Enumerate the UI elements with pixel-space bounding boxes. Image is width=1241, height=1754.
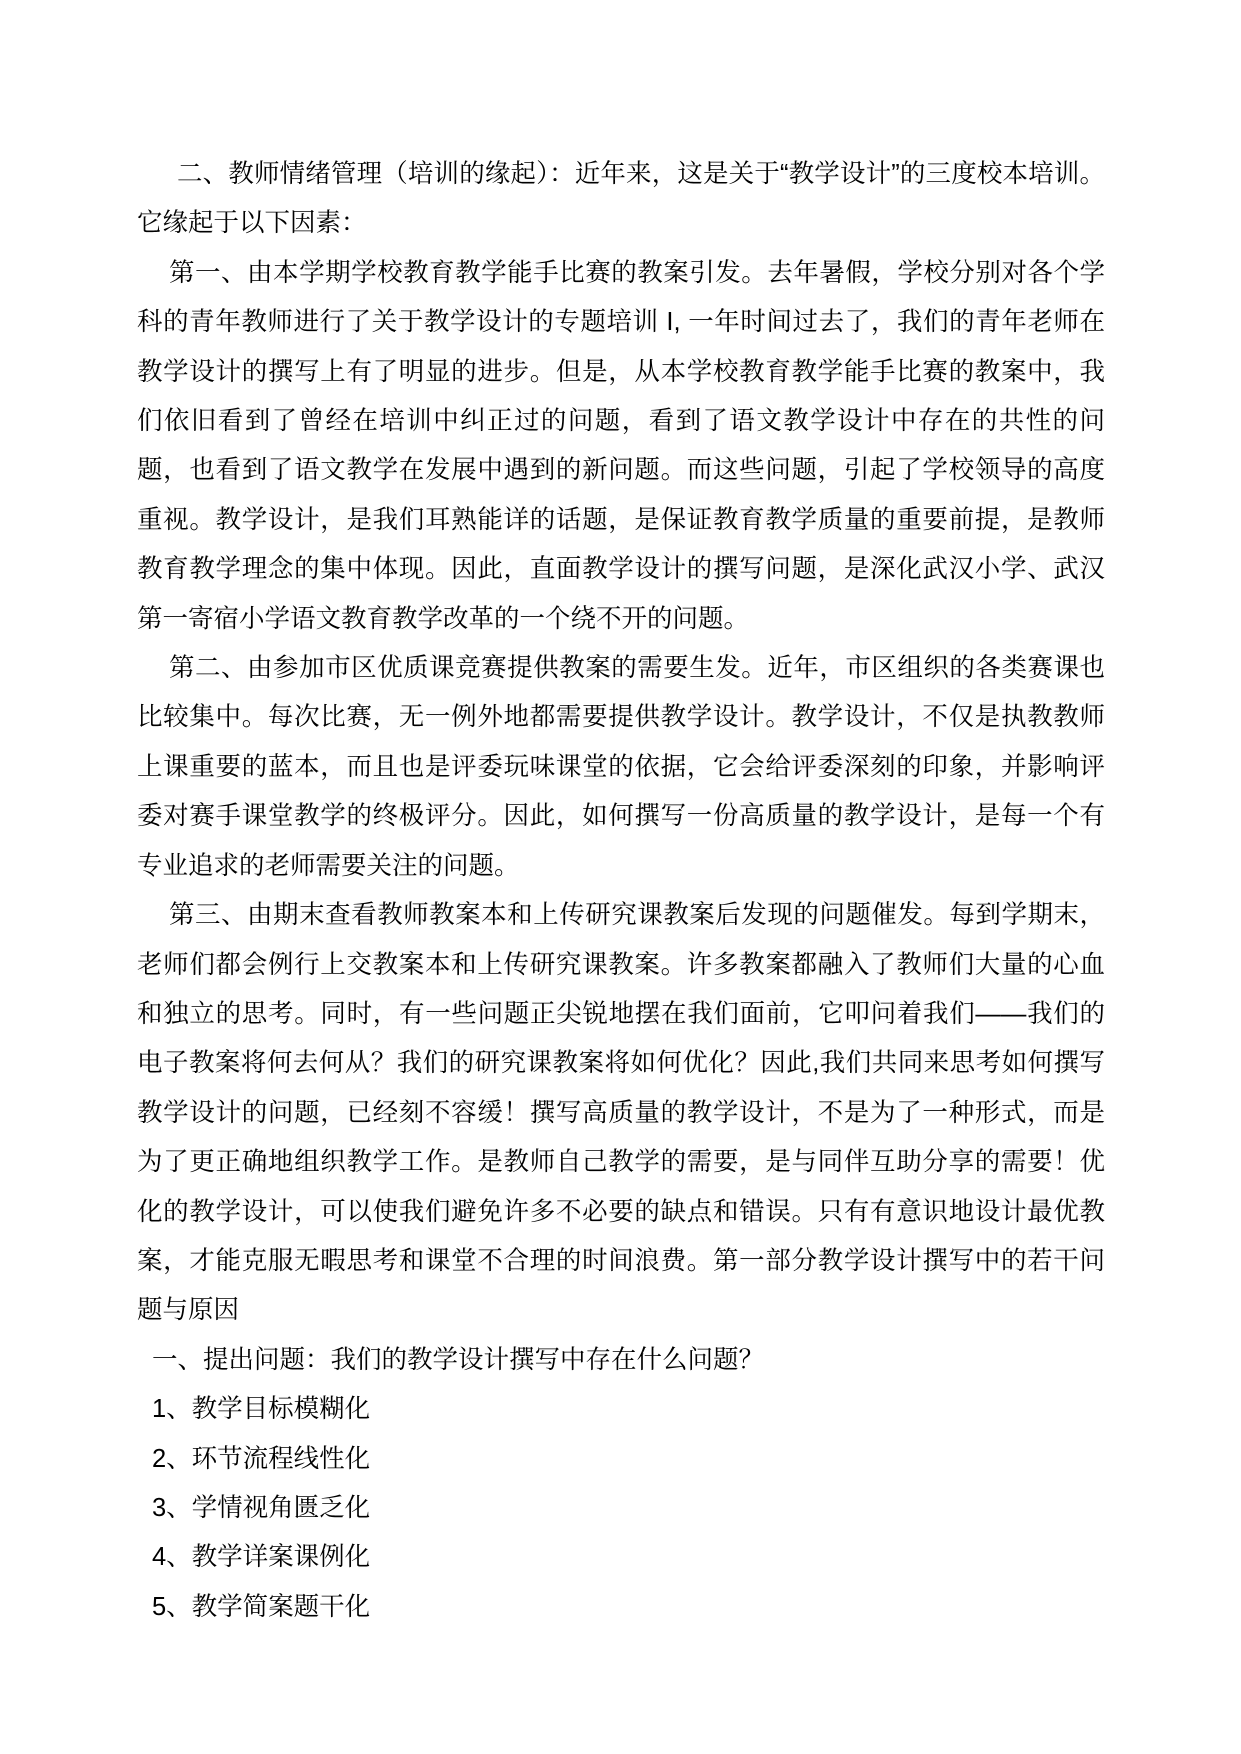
paragraph-reason-1: 第一、由本学期学校教育教学能手比赛的教案引发。去年暑假，学校分别对各个学科的青年… (137, 249, 1105, 644)
list-item-4: 4、教学详案课例化 (137, 1533, 1105, 1582)
document-body: 二、教师情绪管理（培训的缘起）：近年来，这是关于“教学设计”的三度校本培训。它缘… (137, 150, 1105, 1632)
list-item-2: 2、环节流程线性化 (137, 1435, 1105, 1484)
list-item-1: 1、教学目标模糊化 (137, 1385, 1105, 1434)
paragraph-reason-3: 第三、由期末查看教师教案本和上传研究课教案后发现的问题催发。每到学期末，老师们都… (137, 891, 1105, 1336)
paragraph-reason-2: 第二、由参加市区优质课竞赛提供教案的需要生发。近年，市区组织的各类赛课也比较集中… (137, 644, 1105, 891)
document-page: 二、教师情绪管理（培训的缘起）：近年来，这是关于“教学设计”的三度校本培训。它缘… (0, 0, 1241, 1754)
paragraph-intro: 二、教师情绪管理（培训的缘起）：近年来，这是关于“教学设计”的三度校本培训。它缘… (137, 150, 1105, 249)
list-item-5: 5、教学简案题干化 (137, 1583, 1105, 1632)
list-item-3: 3、学情视角匮乏化 (137, 1484, 1105, 1533)
paragraph-question-heading: 一、提出问题：我们的教学设计撰写中存在什么问题？ (137, 1336, 1105, 1385)
